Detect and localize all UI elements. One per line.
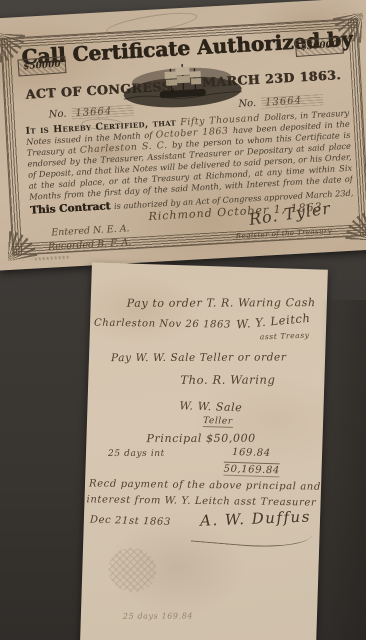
border-band-right <box>348 19 366 235</box>
corner-fan-ornament-icon <box>6 229 38 261</box>
pay-to-order-line: Pay to order T. R. Waring Cash <box>127 296 316 310</box>
photo-of-documents: Call Certificate Authorized by $50000 $5… <box>0 0 366 640</box>
no-label: No. <box>238 98 256 110</box>
denomination-panel-right: $50000 <box>295 37 344 57</box>
teller-title: Teller <box>203 416 233 428</box>
ship-vignette-icon <box>120 57 245 114</box>
charleston-date-line: Charleston Nov 26 1863 <box>94 318 231 331</box>
received-payment-line-2: interest from W. Y. Leitch asst Treasure… <box>86 494 316 508</box>
pencil-calculation-note: 25 days 169.84 <box>123 612 193 621</box>
interest-days-label: 25 days int <box>108 449 165 459</box>
waring-signature: Tho. R. Waring <box>180 373 275 387</box>
receipt-date: Dec 21st 1863 <box>90 514 171 528</box>
engraver-imprint-smudge <box>35 256 69 261</box>
leitch-signature: W. Y. Leitch <box>236 311 311 332</box>
principal-amount-line: Principal $50,000 <box>146 432 255 445</box>
background-shadow <box>320 300 366 640</box>
sale-signature: W. W. Sale <box>179 399 242 414</box>
no-label: No. <box>48 109 66 121</box>
leitch-signature-title: asst Treasy <box>260 331 310 342</box>
embossed-stamp <box>105 544 160 596</box>
endorsement-receipt-document: Pay to order T. R. Waring Cash Charlesto… <box>80 262 328 640</box>
total-amount: 50,169.84 <box>223 462 280 478</box>
denomination-panel-left: $50000 <box>17 56 66 76</box>
received-payment-line-1: Recd payment of the above principal and <box>89 478 321 492</box>
call-certificate-document: Call Certificate Authorized by $50000 $5… <box>0 0 366 271</box>
interest-amount: 169.84 <box>232 447 271 459</box>
pay-sale-teller-line: Pay W. W. Sale Teller or order <box>111 351 286 364</box>
signature-flourish <box>191 525 312 552</box>
